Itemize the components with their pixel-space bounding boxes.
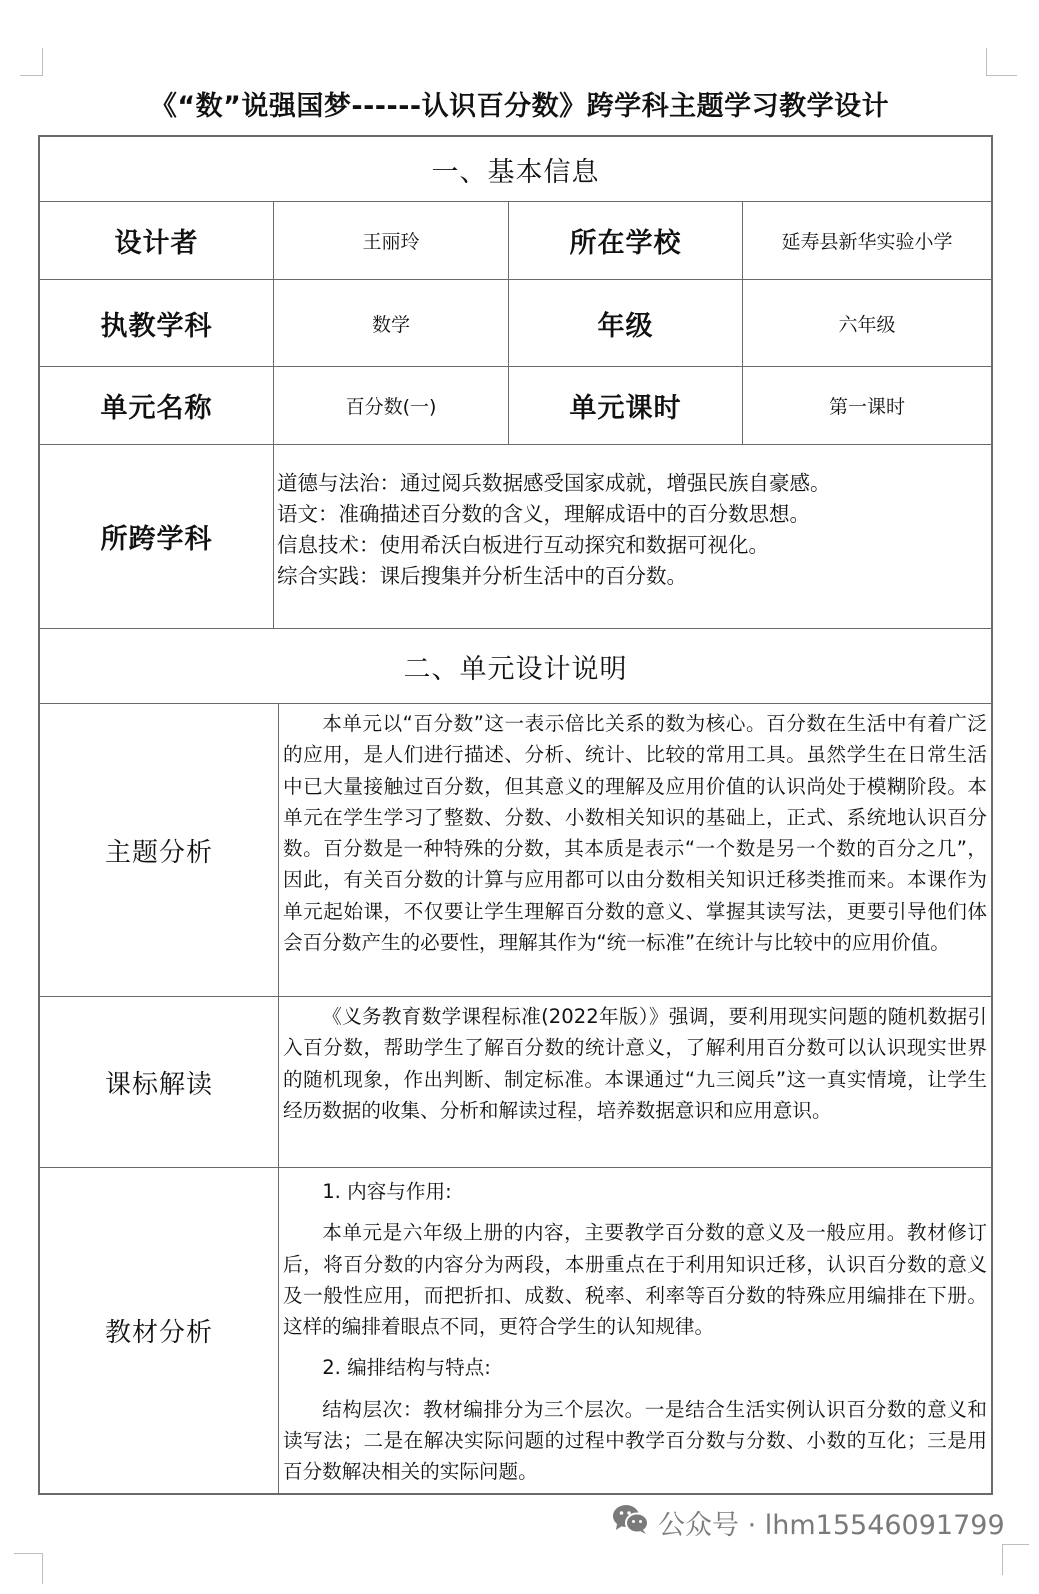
textbook-item1-text: 本单元是六年级上册的内容，主要教学百分数的意义及一般应用。教材修订后，将百分数的… <box>283 1217 987 1342</box>
cross-subject-morality: 道德与法治：通过阅兵数据感受国家成就，增强民族自豪感。 <box>277 468 831 499</box>
textbook-item2-text: 结构层次：教材编排分为三个层次。一是结合生活实例认识百分数的意义和读写法；二是在… <box>283 1394 987 1488</box>
section2-heading: 二、单元设计说明 <box>40 629 991 703</box>
wechat-icon <box>612 1504 658 1541</box>
label-subject: 执教学科 <box>40 280 274 366</box>
standard-reading-text: 《义务教育数学课程标准(2022年版）》强调，要利用现实问题的随机数据引入百分数… <box>283 1001 987 1126</box>
value-school: 延寿县新华实验小学 <box>743 202 991 279</box>
value-grade: 六年级 <box>743 280 991 366</box>
textbook-analysis-row: 教材分析 1. 内容与作用: 本单元是六年级上册的内容，主要教学百分数的意义及一… <box>40 1168 991 1493</box>
label-theme-analysis: 主题分析 <box>40 704 279 996</box>
cross-subject-chinese: 语文：准确描述百分数的含义，理解成语中的百分数思想。 <box>277 499 831 530</box>
watermark-text: 公众号 · lhm15546091799 <box>658 1503 1005 1542</box>
label-grade: 年级 <box>509 280 743 366</box>
info-row-unit: 单元名称 百分数(一) 单元课时 第一课时 <box>40 367 991 445</box>
value-unit-name: 百分数(一) <box>274 367 509 444</box>
page-corner-mark-bottom-left <box>14 1553 43 1584</box>
label-unit-name: 单元名称 <box>40 367 274 444</box>
section2-heading-row: 二、单元设计说明 <box>40 629 991 704</box>
section1-heading: 一、基本信息 <box>40 137 991 201</box>
value-subject: 数学 <box>274 280 509 366</box>
textbook-analysis-content: 1. 内容与作用: 本单元是六年级上册的内容，主要教学百分数的意义及一般应用。教… <box>279 1168 991 1493</box>
cross-subject-practice: 综合实践：课后搜集并分析生活中的百分数。 <box>277 561 831 592</box>
cross-subjects-content: 道德与法治：通过阅兵数据感受国家成就，增强民族自豪感。 语文：准确描述百分数的含… <box>274 445 991 628</box>
document-title: 《“数”说强国梦------认识百分数》跨学科主题学习教学设计 <box>0 84 1039 123</box>
cross-subject-it: 信息技术：使用希沃白板进行互动探究和数据可视化。 <box>277 530 831 561</box>
textbook-item2-title: 2. 编排结构与特点: <box>283 1352 987 1383</box>
label-unit-period: 单元课时 <box>509 367 743 444</box>
theme-analysis-text: 本单元以“百分数”这一表示倍比关系的数为核心。百分数在生活中有着广泛的应用，是人… <box>283 708 987 958</box>
theme-analysis-row: 主题分析 本单元以“百分数”这一表示倍比关系的数为核心。百分数在生活中有着广泛的… <box>40 704 991 997</box>
standard-reading-row: 课标解读 《义务教育数学课程标准(2022年版）》强调，要利用现实问题的随机数据… <box>40 997 991 1168</box>
cross-subjects-row: 所跨学科 道德与法治：通过阅兵数据感受国家成就，增强民族自豪感。 语文：准确描述… <box>40 445 991 629</box>
info-row-subject: 执教学科 数学 年级 六年级 <box>40 280 991 367</box>
label-designer: 设计者 <box>40 202 274 279</box>
page-corner-mark-top-right <box>986 48 1017 76</box>
label-standard-reading: 课标解读 <box>40 997 279 1167</box>
label-cross-subjects: 所跨学科 <box>40 445 274 628</box>
page-corner-mark-bottom-right <box>1002 1544 1029 1575</box>
value-unit-period: 第一课时 <box>743 367 991 444</box>
info-row-designer: 设计者 王丽玲 所在学校 延寿县新华实验小学 <box>40 202 991 280</box>
label-textbook-analysis: 教材分析 <box>40 1168 279 1493</box>
lesson-design-table: 一、基本信息 设计者 王丽玲 所在学校 延寿县新华实验小学 执教学科 数学 年级… <box>38 135 993 1495</box>
value-designer: 王丽玲 <box>274 202 509 279</box>
page-corner-mark-top-left <box>20 48 43 76</box>
watermark: 公众号 · lhm15546091799 <box>612 1503 1005 1542</box>
label-school: 所在学校 <box>509 202 743 279</box>
theme-analysis-content: 本单元以“百分数”这一表示倍比关系的数为核心。百分数在生活中有着广泛的应用，是人… <box>279 704 991 996</box>
textbook-item1-title: 1. 内容与作用: <box>283 1176 987 1207</box>
standard-reading-content: 《义务教育数学课程标准(2022年版）》强调，要利用现实问题的随机数据引入百分数… <box>279 997 991 1167</box>
section1-heading-row: 一、基本信息 <box>40 137 991 202</box>
